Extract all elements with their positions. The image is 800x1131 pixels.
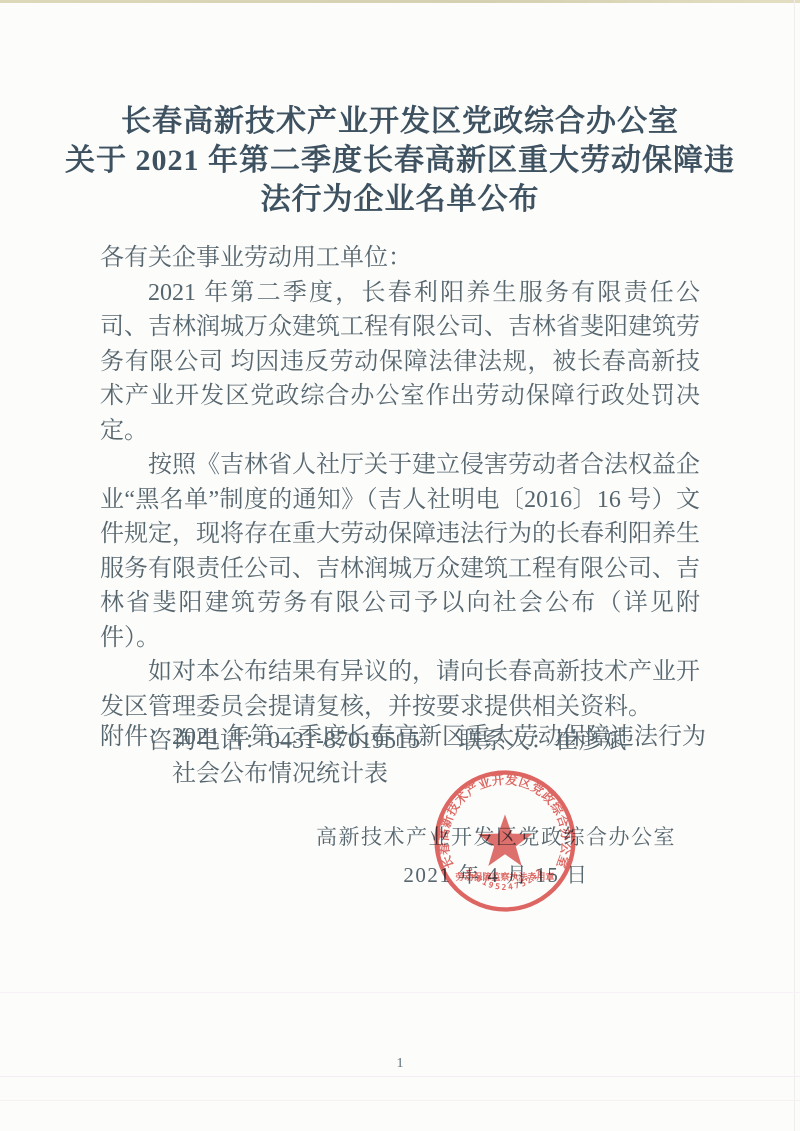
- paragraph-3: 如对本公布结果有异议的，请向长春高新技术产业开发区管理委员会提请复核，并按要求提…: [100, 655, 700, 724]
- document-title: 长春高新技术产业开发区党政综合办公室 关于 2021 年第二季度长春高新区重大劳…: [0, 102, 800, 219]
- salutation: 各有关企事业劳动用工单位：: [100, 241, 700, 276]
- paragraph-2: 按照《吉林省人社厅关于建立侵害劳动者合法权益企业“黑名单”制度的通知》（吉人社明…: [100, 448, 700, 655]
- title-line-2: 关于 2021 年第二季度长春高新区重大劳动保障违: [0, 141, 800, 180]
- document-body: 各有关企事业劳动用工单位： 2021 年第二季度，长春利阳养生服务有限责任公司、…: [100, 241, 700, 759]
- document-page: 长春高新技术产业开发区党政综合办公室 关于 2021 年第二季度长春高新区重大劳…: [0, 0, 800, 1131]
- page-number: 1: [0, 1056, 800, 1072]
- scan-line-artifact: [0, 1100, 800, 1101]
- scan-line-artifact: [0, 1076, 800, 1077]
- attachment-note: 附件： 2021 年第二季度长春高新区重大劳动保障违法行为社会公布情况统计表: [100, 719, 710, 793]
- scan-line-artifact: [0, 992, 800, 993]
- scan-top-edge-artifact: [0, 0, 800, 3]
- official-seal: 长春高新技术产业开发区党政综合办公室 劳动保障监察执法专用章 220195247…: [429, 765, 581, 917]
- seal-star-icon: [478, 814, 532, 866]
- attachment-label: 附件：: [100, 719, 172, 793]
- title-line-1: 长春高新技术产业开发区党政综合办公室: [0, 102, 800, 141]
- paragraph-1: 2021 年第二季度，长春利阳养生服务有限责任公司、吉林润城万众建筑工程有限公司…: [100, 276, 700, 449]
- title-line-3: 法行为企业名单公布: [0, 180, 800, 219]
